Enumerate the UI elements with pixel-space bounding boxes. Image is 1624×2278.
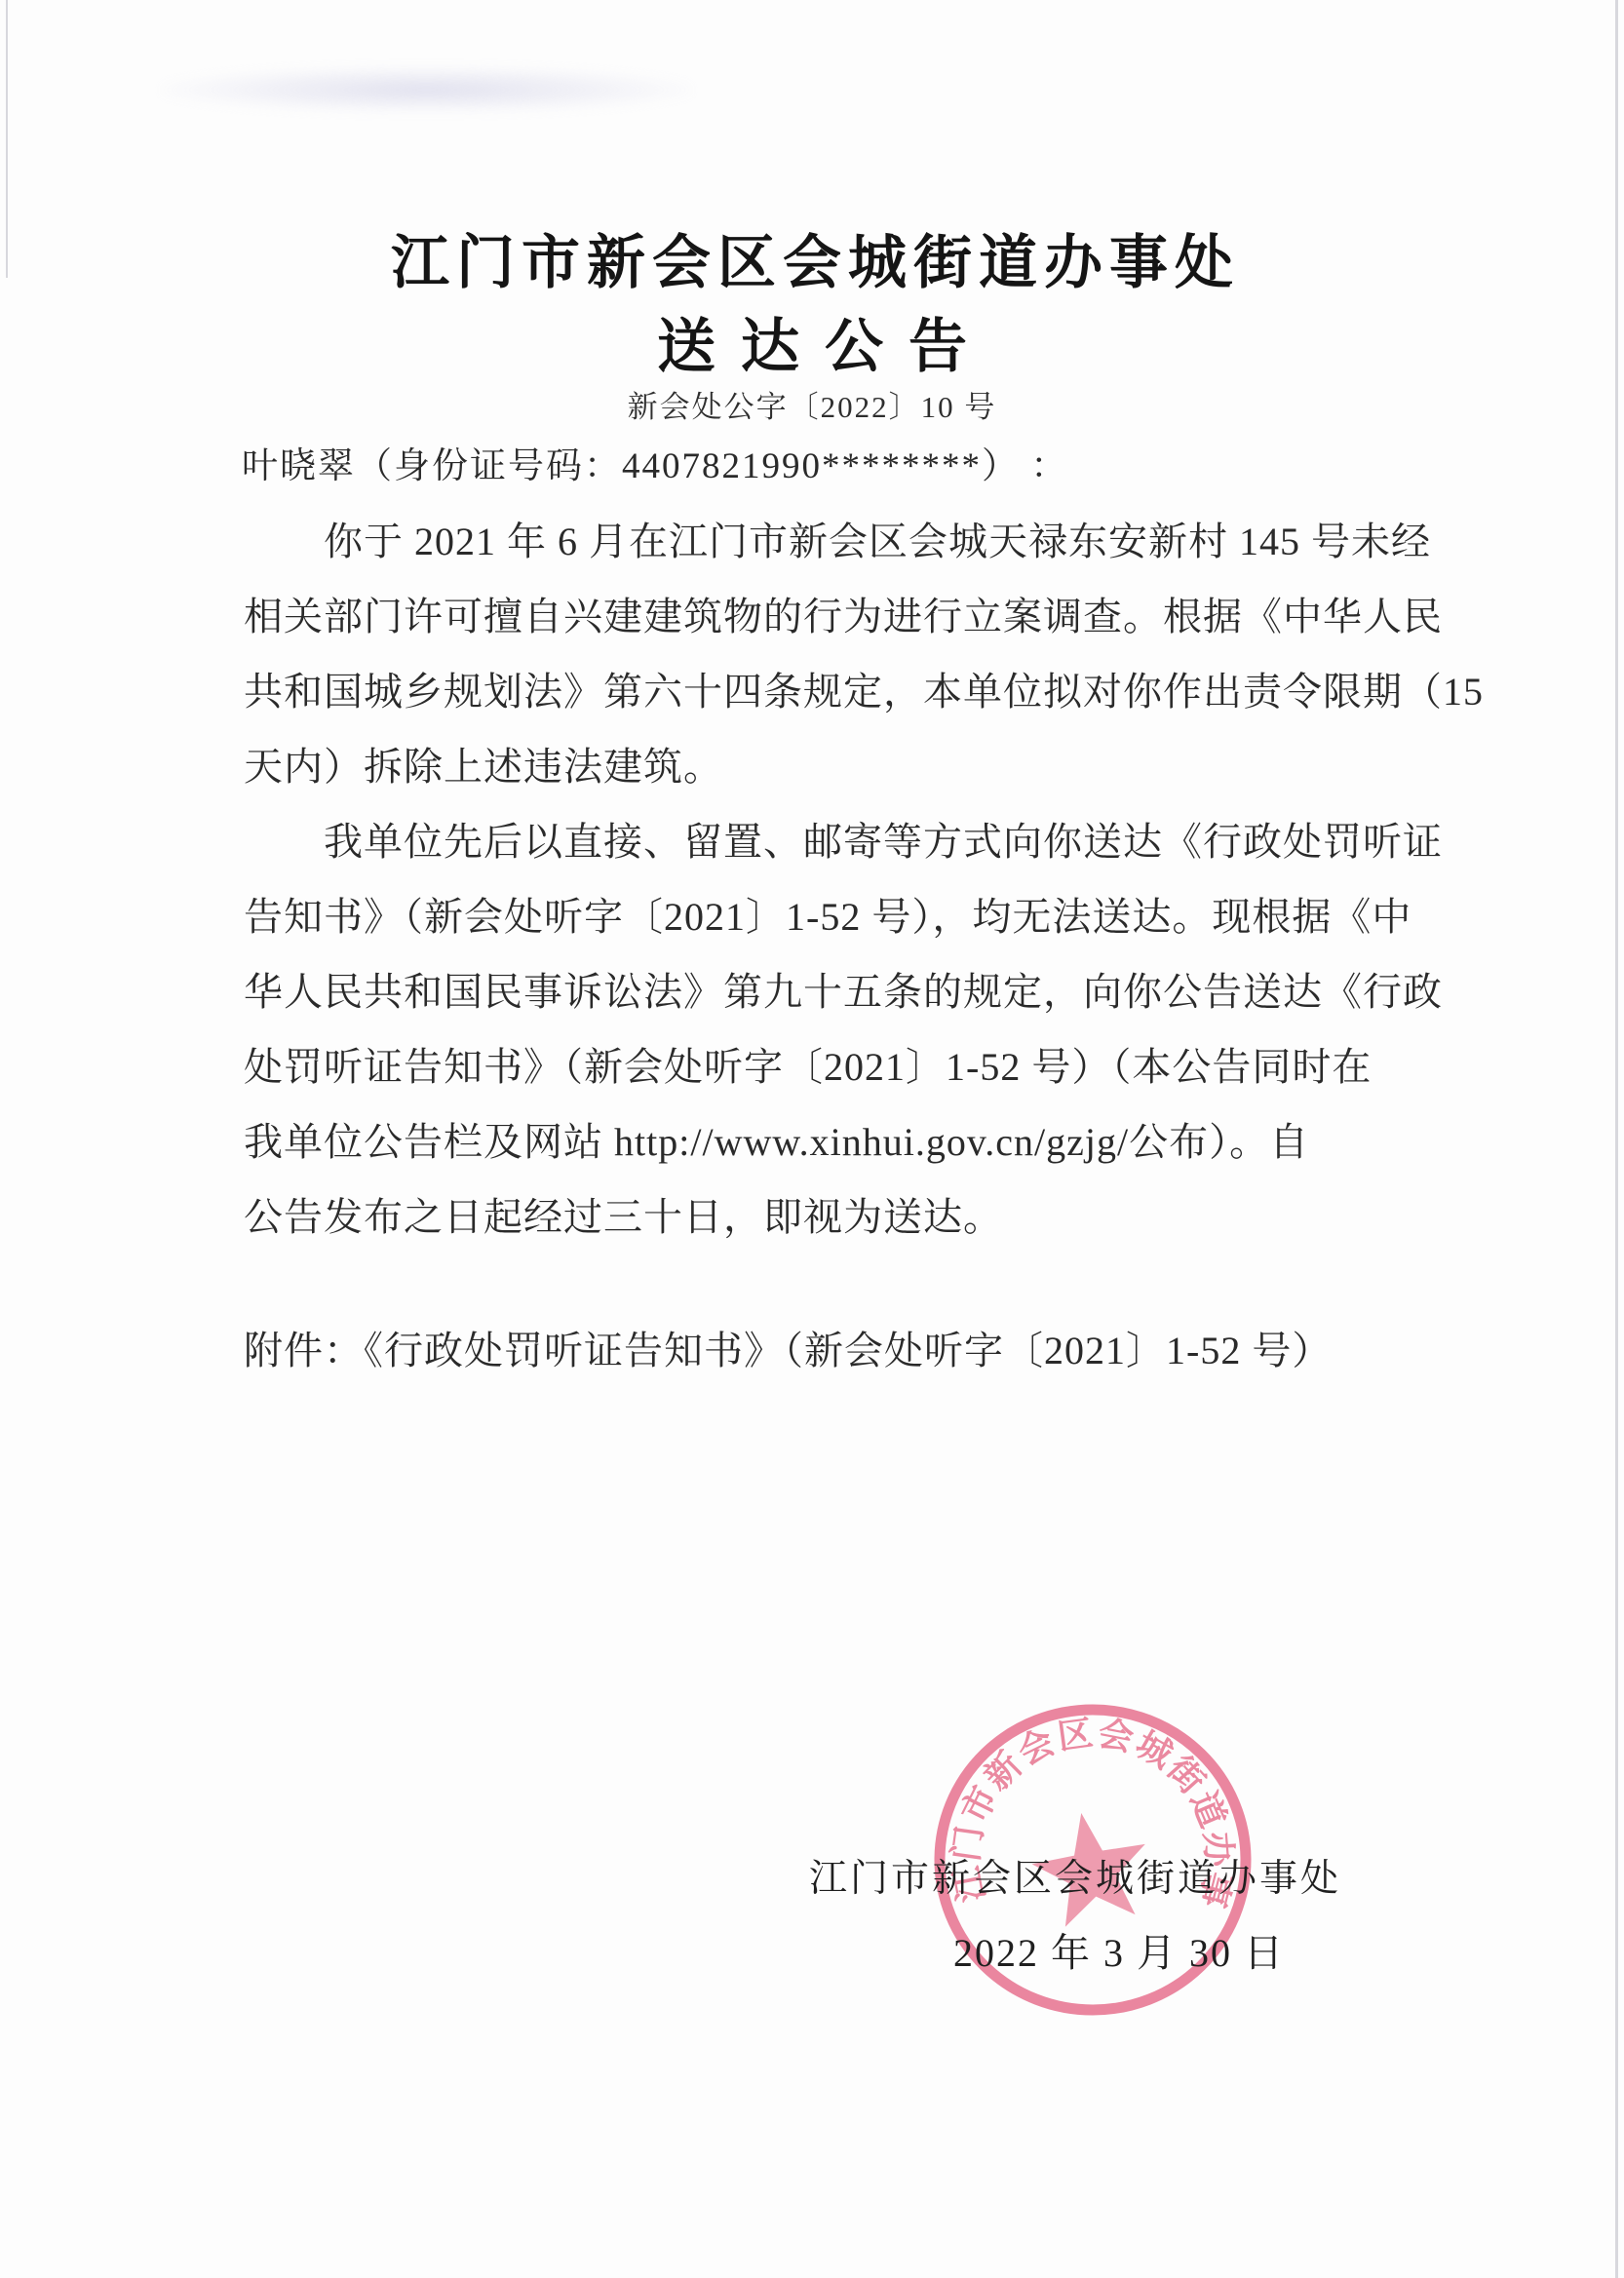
attachment-line: 附件：《行政处罚听证告知书》（新会处听字〔2021〕1-52 号）	[244, 1320, 1332, 1375]
scan-smudge	[161, 66, 692, 113]
issue-date: 2022 年 3 月 30 日	[953, 1922, 1285, 1978]
document-title: 江门市新会区会城街道办事处	[0, 216, 1624, 300]
document-number: 新会处公字〔2022〕10 号	[0, 382, 1624, 426]
paragraph: 我单位先后以直接、留置、邮寄等方式向你送达《行政处罚听证 告知书》（新会处听字〔…	[244, 804, 1511, 1255]
body-text: 你于 2021 年 6 月在江门市新会区会城天禄东安新村 145 号未经 相关部…	[244, 504, 1511, 1255]
recipient-line: 叶晓翠（身份证号码：4407821990********） ：	[242, 436, 1068, 488]
issuer-signature: 江门市新会区会城街道办事处	[809, 1848, 1341, 1903]
paragraph: 你于 2021 年 6 月在江门市新会区会城天禄东安新村 145 号未经 相关部…	[244, 504, 1511, 804]
scanned-official-notice-page: 江门市新会区会城街道办事处 送达公告 新会处公字〔2022〕10 号 叶晓翠（身…	[0, 0, 1624, 2278]
document-subtitle: 送达公告	[0, 300, 1624, 384]
